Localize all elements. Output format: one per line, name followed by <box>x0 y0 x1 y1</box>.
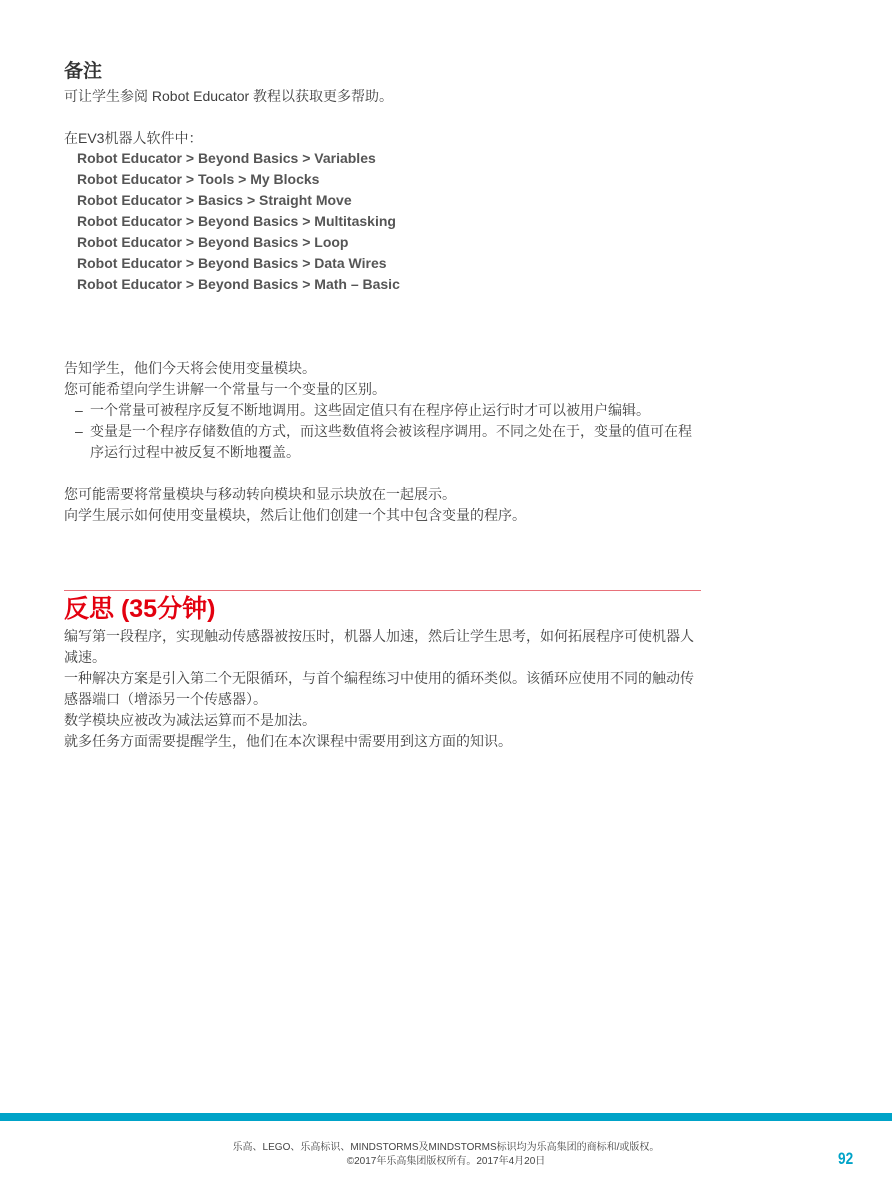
demo-section: 您可能需要将常量模块与移动转向模块和显示块放在一起展示。 向学生展示如何使用变量… <box>64 484 704 526</box>
demo-line-1: 您可能需要将常量模块与移动转向模块和显示块放在一起展示。 <box>64 484 704 505</box>
dash-bullet: – <box>75 421 90 463</box>
notes-intro: 可让学生参阅 Robot Educator 教程以获取更多帮助。 <box>64 86 393 107</box>
software-label: 在EV3机器人软件中： <box>64 128 202 149</box>
reflect-paragraph: 一种解决方案是引入第二个无限循环，与首个编程练习中使用的循环类似。该循环应使用不… <box>64 668 704 710</box>
footer-trademark: 乐高、LEGO、乐高标识、MINDSTORMS及MINDSTORMS标识均为乐高… <box>0 1141 892 1155</box>
section-divider <box>64 590 701 591</box>
robot-educator-paths: Robot Educator > Beyond Basics > Variabl… <box>77 148 400 295</box>
path-item: Robot Educator > Tools > My Blocks <box>77 169 400 190</box>
reflect-paragraph: 编写第一段程序，实现触动传感器被按压时，机器人加速，然后让学生思考，如何拓展程序… <box>64 626 704 668</box>
path-item: Robot Educator > Beyond Basics > Multita… <box>77 211 400 232</box>
dash-item-text: 变量是一个程序存储数值的方式，而这些数值将会被该程序调用。不同之处在于，变量的值… <box>90 421 704 463</box>
dash-list-item: – 一个常量可被程序反复不断地调用。这些固定值只有在程序停止运行时才可以被用户编… <box>64 400 704 421</box>
reflect-paragraph: 数学模块应被改为减法运算而不是加法。 <box>64 710 704 731</box>
demo-line-2: 向学生展示如何使用变量模块，然后让他们创建一个其中包含变量的程序。 <box>64 505 704 526</box>
footer-copyright: ©2017年乐高集团版权所有。2017年4月20日 <box>0 1155 892 1169</box>
explain-line-1: 告知学生，他们今天将会使用变量模块。 <box>64 358 704 379</box>
notes-heading: 备注 <box>64 60 102 84</box>
path-item: Robot Educator > Beyond Basics > Loop <box>77 232 400 253</box>
footer-color-bar <box>0 1113 892 1121</box>
path-item: Robot Educator > Basics > Straight Move <box>77 190 400 211</box>
dash-item-text: 一个常量可被程序反复不断地调用。这些固定值只有在程序停止运行时才可以被用户编辑。 <box>90 400 704 421</box>
dash-list-item: – 变量是一个程序存储数值的方式，而这些数值将会被该程序调用。不同之处在于，变量… <box>64 421 704 463</box>
path-item: Robot Educator > Beyond Basics > Variabl… <box>77 148 400 169</box>
explain-line-2: 您可能希望向学生讲解一个常量与一个变量的区别。 <box>64 379 704 400</box>
page-number: 92 <box>838 1149 853 1169</box>
reflect-heading: 反思 (35分钟) <box>64 594 215 624</box>
reflect-paragraph: 就多任务方面需要提醒学生，他们在本次课程中需要用到这方面的知识。 <box>64 731 704 752</box>
path-item: Robot Educator > Beyond Basics > Data Wi… <box>77 253 400 274</box>
reflect-body: 编写第一段程序，实现触动传感器被按压时，机器人加速，然后让学生思考，如何拓展程序… <box>64 626 704 752</box>
footer-legal: 乐高、LEGO、乐高标识、MINDSTORMS及MINDSTORMS标识均为乐高… <box>0 1141 892 1169</box>
explain-section: 告知学生，他们今天将会使用变量模块。 您可能希望向学生讲解一个常量与一个变量的区… <box>64 358 704 463</box>
dash-bullet: – <box>75 400 90 421</box>
path-item: Robot Educator > Beyond Basics > Math – … <box>77 274 400 295</box>
